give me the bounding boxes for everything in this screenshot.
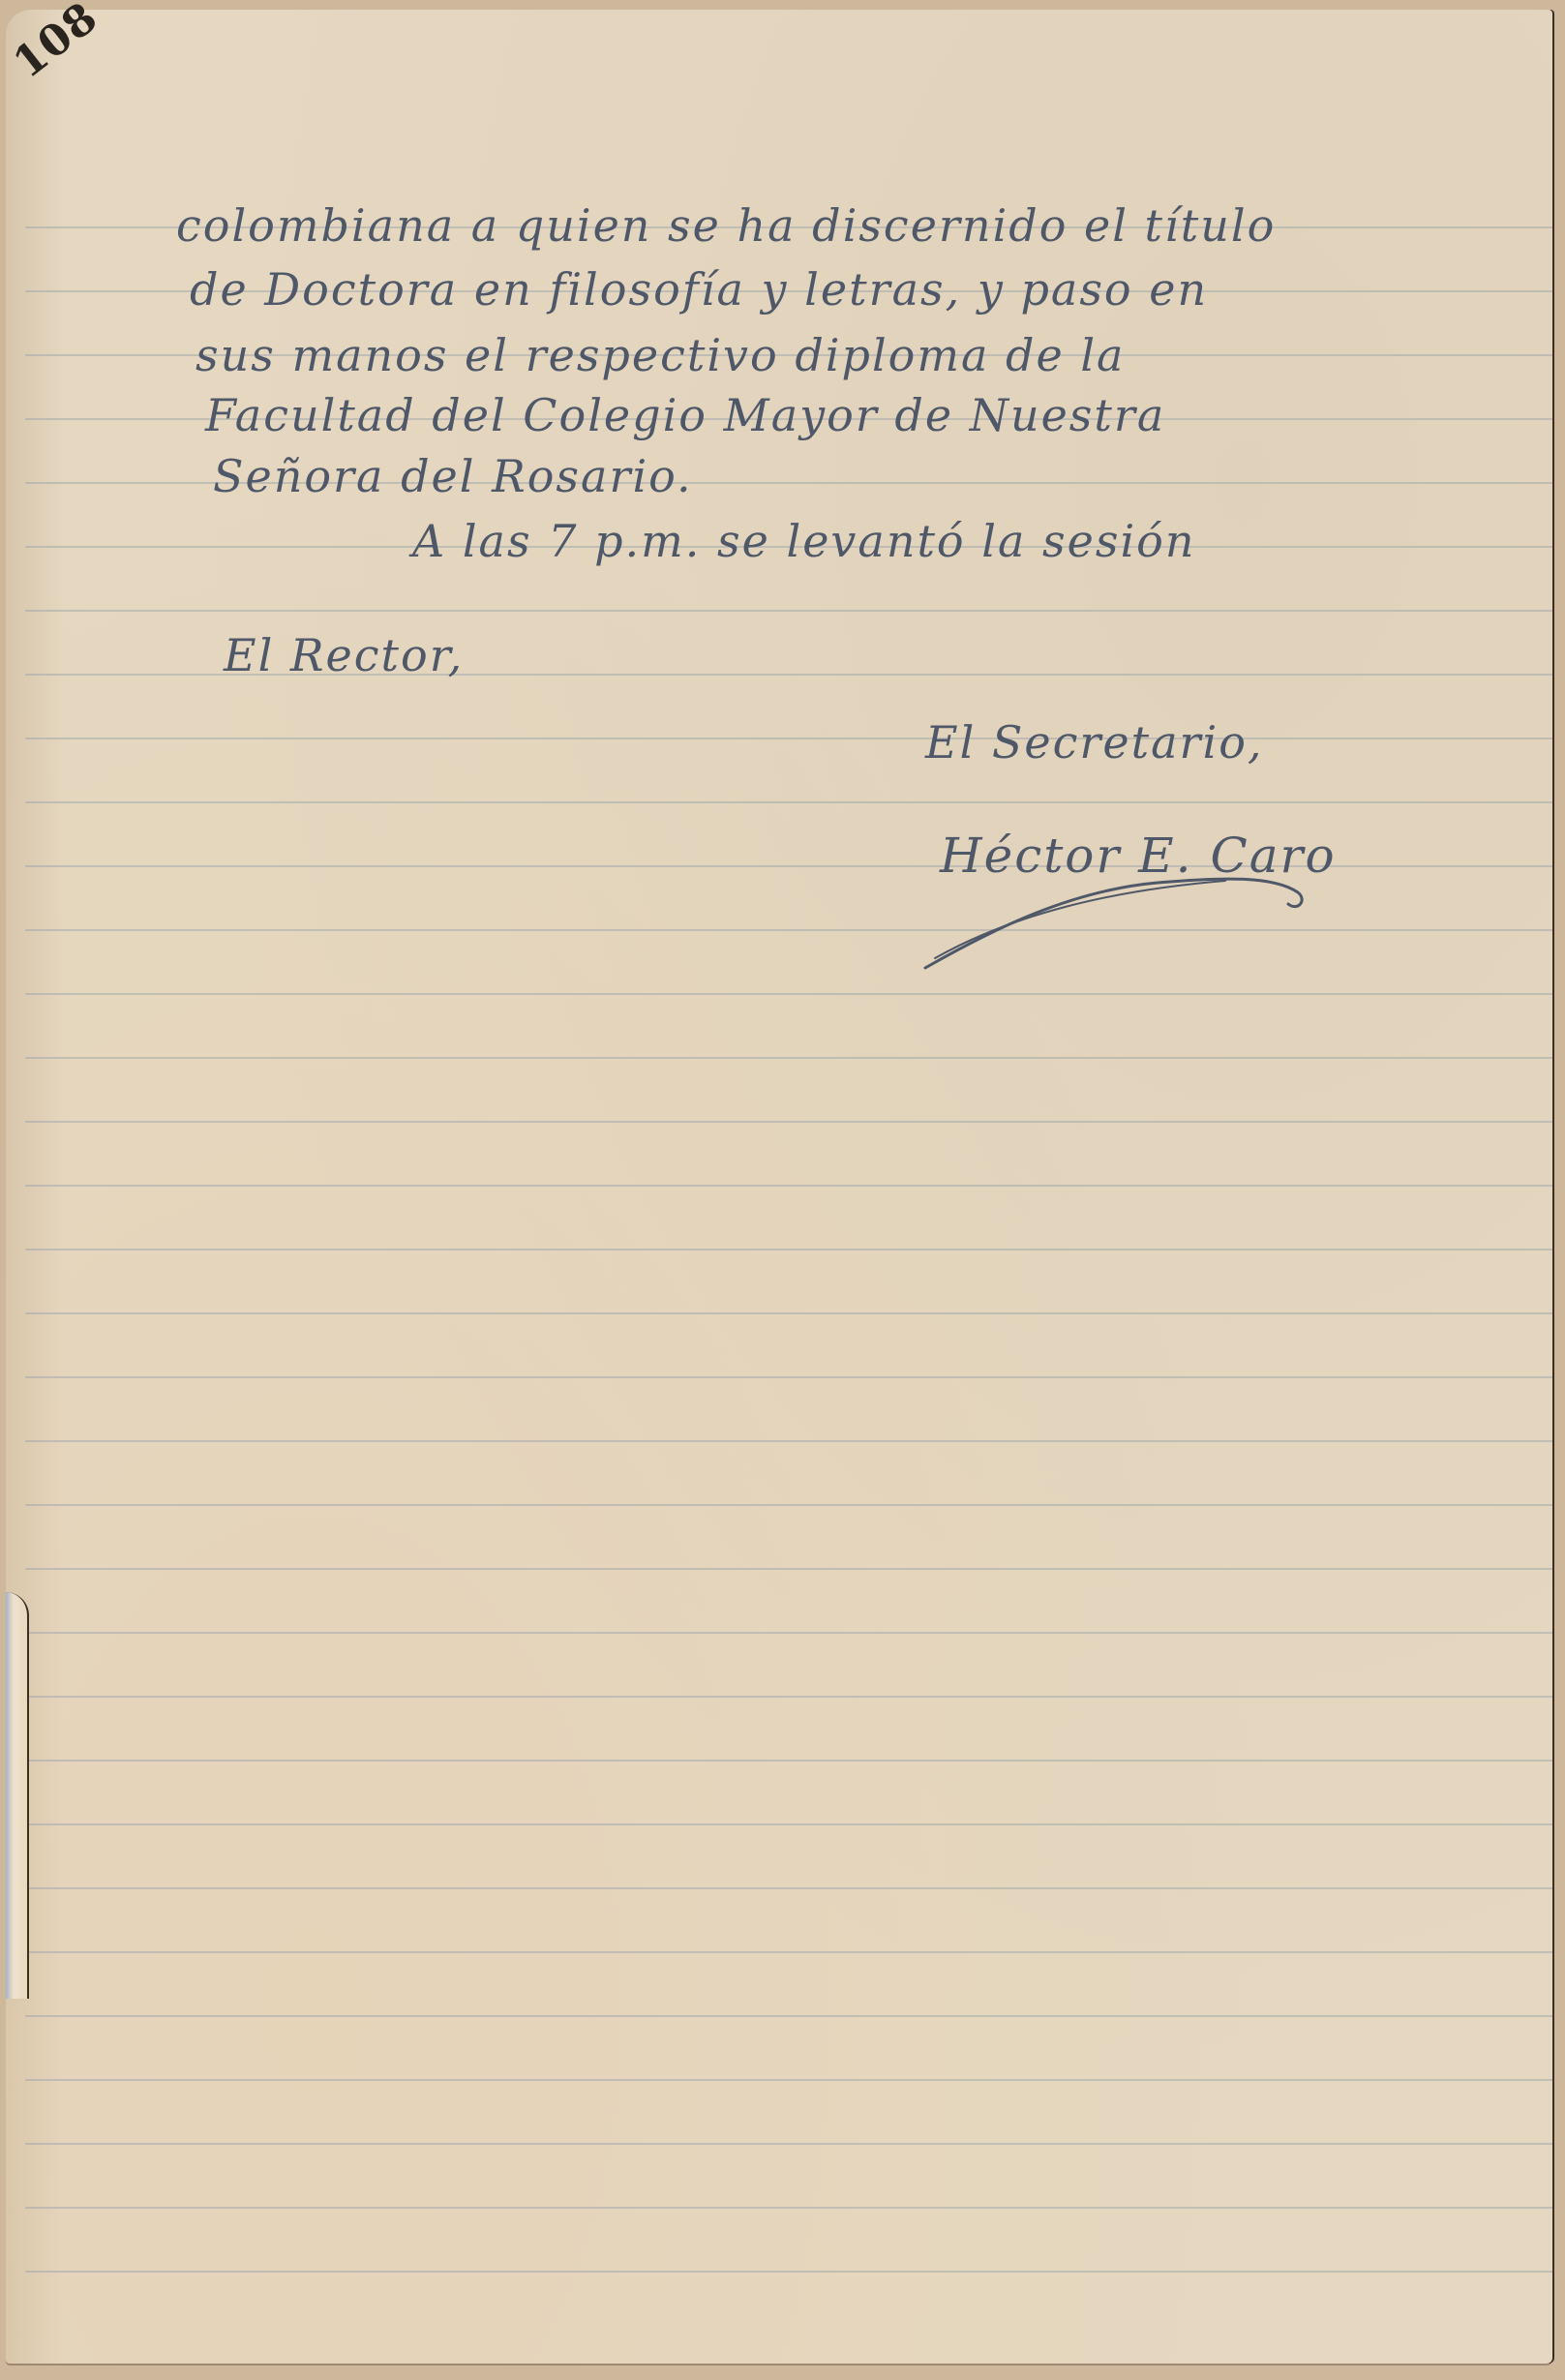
body-line-6-closing: A las 7 p.m. se levantó la sesión bbox=[412, 515, 1195, 567]
body-line-4: Facultad del Colegio Mayor de Nuestra bbox=[205, 389, 1165, 441]
secretary-label: El Secretario, bbox=[925, 716, 1264, 768]
body-line-3: sus manos el respectivo diploma de la bbox=[196, 329, 1125, 381]
body-line-5: Señora del Rosario. bbox=[213, 450, 693, 502]
torn-left-edge bbox=[6, 1592, 29, 1999]
signature-flourish-icon bbox=[916, 823, 1322, 997]
body-line-2: de Doctora en filosofía y letras, y paso… bbox=[190, 263, 1208, 316]
rector-label: El Rector, bbox=[224, 629, 464, 681]
folio-number: 108 bbox=[5, 0, 107, 88]
ledger-page: 108 colombiana a quien se ha discernido … bbox=[6, 10, 1552, 2364]
body-line-1: colombiana a quien se ha discernido el t… bbox=[176, 199, 1276, 252]
